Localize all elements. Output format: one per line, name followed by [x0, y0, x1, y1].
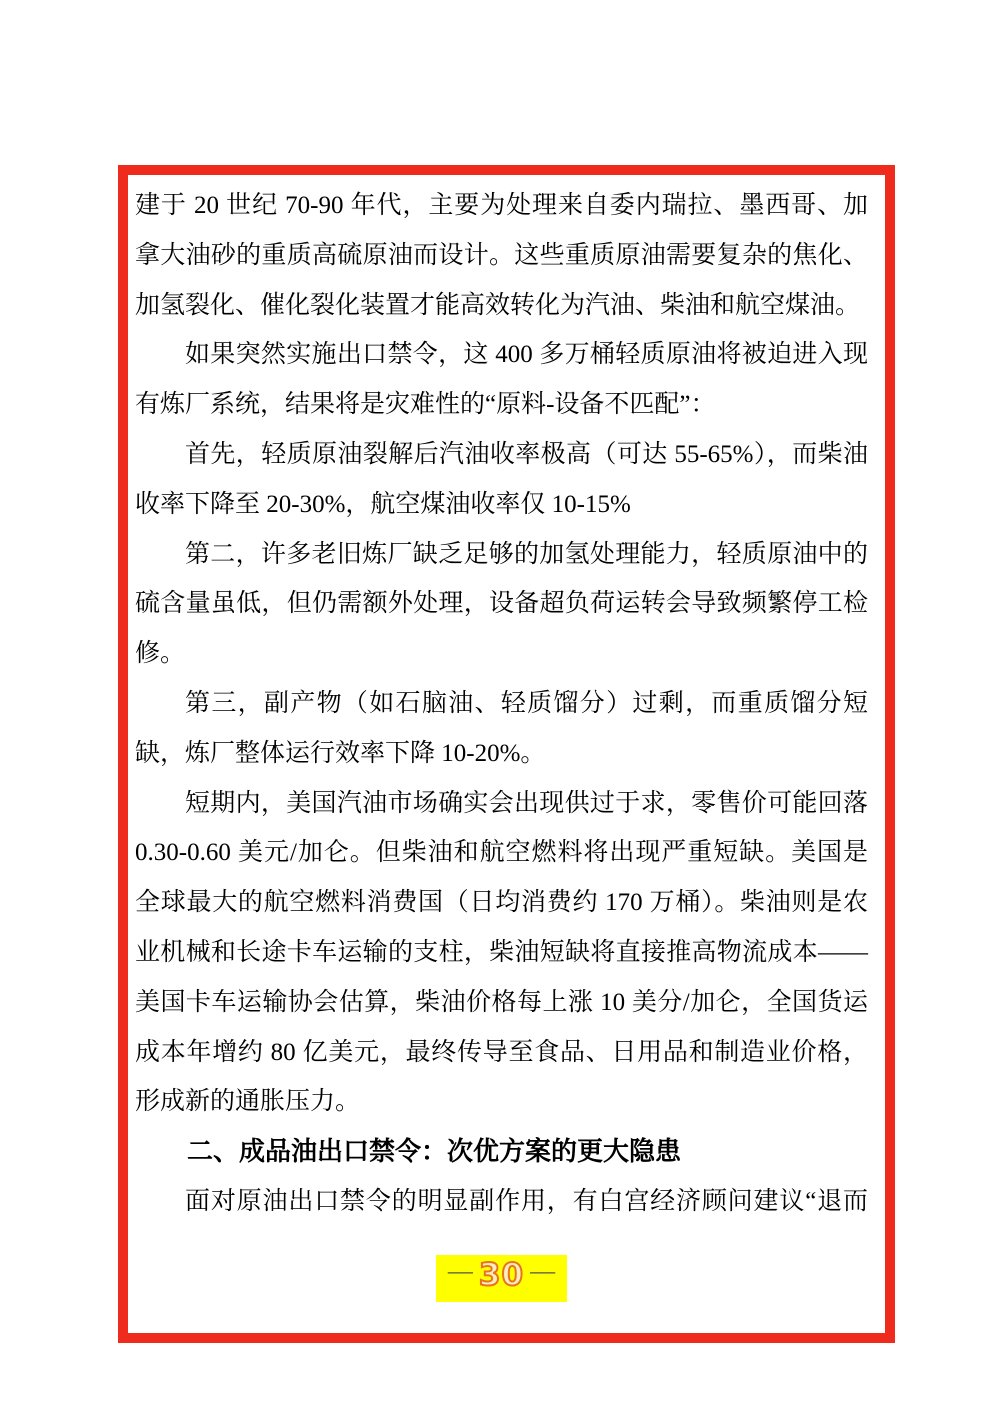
- body-paragraph: 短期内，美国汽油市场确实会出现供过于求，零售价可能回落 0.30-0.60 美元…: [135, 779, 868, 1128]
- page-footer: —30—: [135, 1255, 868, 1302]
- body-paragraph-continuation: 面对原油出口禁令的明显副作用，有白宫经济顾问建议“退而: [135, 1177, 868, 1227]
- page-number-highlight: —30—: [436, 1255, 567, 1302]
- body-paragraph: 首先，轻质原油裂解后汽油收率极高（可达 55-65%），而柴油收率下降至 20-…: [135, 430, 868, 530]
- body-paragraph: 第二，许多老旧炼厂缺乏足够的加氢处理能力，轻质原油中的硫含量虽低，但仍需额外处理…: [135, 530, 868, 679]
- body-paragraph: 第三，副产物（如石脑油、轻质馏分）过剩，而重质馏分短缺，炼厂整体运行效率下降 1…: [135, 679, 868, 779]
- body-paragraph: 建于 20 世纪 70-90 年代，主要为处理来自委内瑞拉、墨西哥、加拿大油砂的…: [135, 181, 868, 330]
- page-content: 建于 20 世纪 70-90 年代，主要为处理来自委内瑞拉、墨西哥、加拿大油砂的…: [128, 175, 885, 1302]
- body-paragraph: 如果突然实施出口禁令，这 400 多万桶轻质原油将被迫进入现有炼厂系统，结果将是…: [135, 330, 868, 430]
- page-number-dash-left: —: [448, 1258, 473, 1285]
- page-border-frame: 建于 20 世纪 70-90 年代，主要为处理来自委内瑞拉、墨西哥、加拿大油砂的…: [118, 165, 895, 1343]
- page-number: 30: [473, 1257, 530, 1293]
- section-heading: 二、成品油出口禁令：次优方案的更大隐患: [135, 1127, 868, 1177]
- page-number-dash-right: —: [530, 1258, 555, 1285]
